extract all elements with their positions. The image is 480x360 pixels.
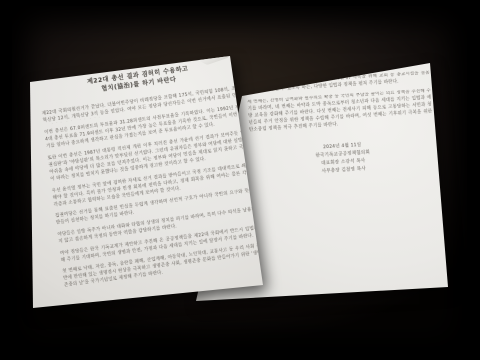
photo-stage: 두 번째는, 우리나라의 최대 현안인 저출산(저출생) 극복을 위해 교회 등… — [0, 0, 480, 360]
left-page-text: 제22대 총선 결과 겸허히 수용하고 협치(協治)를 하기 바란다 제22대 … — [38, 58, 264, 294]
signature-block: 2024년 4월 11일 한국기독교공공정책협의회 대표회장 소강석 목사 사무… — [250, 138, 436, 180]
left-page: 제22대 총선 결과 겸허히 수용하고 협치(協治)를 하기 바란다 제22대 … — [22, 48, 270, 314]
left-page-sheet: 제22대 총선 결과 겸허히 수용하고 협치(協治)를 하기 바란다 제22대 … — [22, 48, 270, 314]
right-paragraph: 세 번째는, 간병비 급여화와 필수의료 확충 등 국민의 부담을 줄이는 의료… — [247, 89, 433, 135]
right-page-text: 두 번째는, 우리나라의 최대 현안인 저출산(저출생) 극복을 위해 교회 등… — [246, 70, 436, 180]
